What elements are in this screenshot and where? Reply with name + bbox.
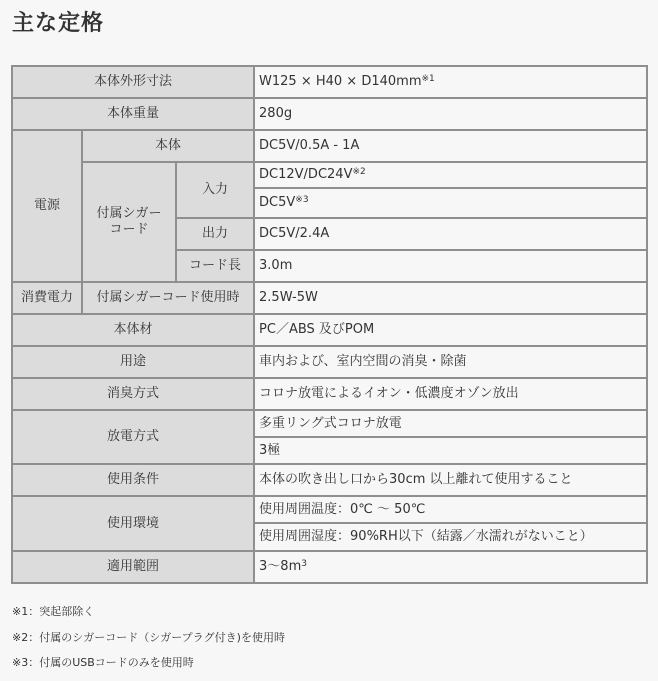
discharge-method-value-1: 多重リング式コロナ放電 [254,410,647,437]
range-superscript: 3 [301,559,307,569]
input-value-2-text: DC5V [259,195,295,210]
input-value-2-note-ref: ※3 [295,195,308,205]
table-row-power-body: 電源 本体 DC5V/0.5A - 1A [12,130,647,162]
page-title: 主な定格 [12,6,104,37]
material-value: PC／ABS 及びPOM [254,314,647,346]
conditions-value: 本体の吹き出し口から30cm 以上離れて使用すること [254,464,647,496]
environment-value-2: 使用周囲湿度：90%RH以下（結露／水濡れがないこと） [254,523,647,551]
dimensions-note-ref: ※1 [421,74,434,84]
consumption-label: 消費電力 [12,282,82,314]
table-row-range: 適用範囲 3〜8m3 [12,551,647,583]
dimensions-value: W125 × H40 × D140mm※1 [254,66,647,98]
usage-value: 車内および、室内空間の消臭・除菌 [254,346,647,378]
output-label: 出力 [176,218,254,250]
range-label: 適用範囲 [12,551,254,583]
footnote-3: ※3：付属のUSBコードのみを使用時 [12,655,285,681]
discharge-method-value-2: 3極 [254,437,647,464]
footnote-2: ※2：付属のシガーコード（シガープラグ付き)を使用時 [12,630,285,656]
consumption-value: 2.5W-5W [254,282,647,314]
input-value-1-note-ref: ※2 [352,167,365,177]
discharge-method-label: 放電方式 [12,410,254,464]
table-row-consumption: 消費電力 付属シガーコード使用時 2.5W-5W [12,282,647,314]
table-row-deodorize-method: 消臭方式 コロナ放電によるイオン・低濃度オゾン放出 [12,378,647,410]
dimensions-label: 本体外形寸法 [12,66,254,98]
cord-length-value: 3.0m [254,250,647,282]
deodorize-method-label: 消臭方式 [12,378,254,410]
cord-length-label: コード長 [176,250,254,282]
power-label: 電源 [12,130,82,282]
table-row-weight: 本体重量 280g [12,98,647,130]
table-row-power-input-1: 付属シガーコード 入力 DC12V/DC24V※2 [12,162,647,188]
output-value: DC5V/2.4A [254,218,647,250]
usage-label: 用途 [12,346,254,378]
range-value-text: 3〜8m [259,559,301,574]
table-row-conditions: 使用条件 本体の吹き出し口から30cm 以上離れて使用すること [12,464,647,496]
conditions-label: 使用条件 [12,464,254,496]
table-row-environment-1: 使用環境 使用周囲温度：0℃ 〜 50℃ [12,496,647,523]
table-row-discharge-method-1: 放電方式 多重リング式コロナ放電 [12,410,647,437]
table-row-usage: 用途 車内および、室内空間の消臭・除菌 [12,346,647,378]
deodorize-method-value: コロナ放電によるイオン・低濃度オゾン放出 [254,378,647,410]
dimensions-value-text: W125 × H40 × D140mm [259,74,421,89]
environment-label: 使用環境 [12,496,254,551]
footnotes: ※1：突起部除く ※2：付属のシガーコード（シガープラグ付き)を使用時 ※3：付… [12,604,285,681]
range-value: 3〜8m3 [254,551,647,583]
input-value-1: DC12V/DC24V※2 [254,162,647,188]
material-label: 本体材 [12,314,254,346]
spec-table: 本体外形寸法 W125 × H40 × D140mm※1 本体重量 280g 電… [11,65,648,584]
footnote-1: ※1：突起部除く [12,604,285,630]
input-label: 入力 [176,162,254,218]
table-row-material: 本体材 PC／ABS 及びPOM [12,314,647,346]
weight-value: 280g [254,98,647,130]
weight-label: 本体重量 [12,98,254,130]
environment-value-1: 使用周囲温度：0℃ 〜 50℃ [254,496,647,523]
power-body-value: DC5V/0.5A - 1A [254,130,647,162]
table-row-dimensions: 本体外形寸法 W125 × H40 × D140mm※1 [12,66,647,98]
consumption-sub-label: 付属シガーコード使用時 [82,282,254,314]
input-value-1-text: DC12V/DC24V [259,167,352,182]
power-body-label: 本体 [82,130,254,162]
cigar-cord-label-line2: コード [109,222,148,237]
input-value-2: DC5V※3 [254,188,647,218]
cigar-cord-label-line1: 付属シガー [96,206,161,221]
cigar-cord-label: 付属シガーコード [82,162,176,282]
